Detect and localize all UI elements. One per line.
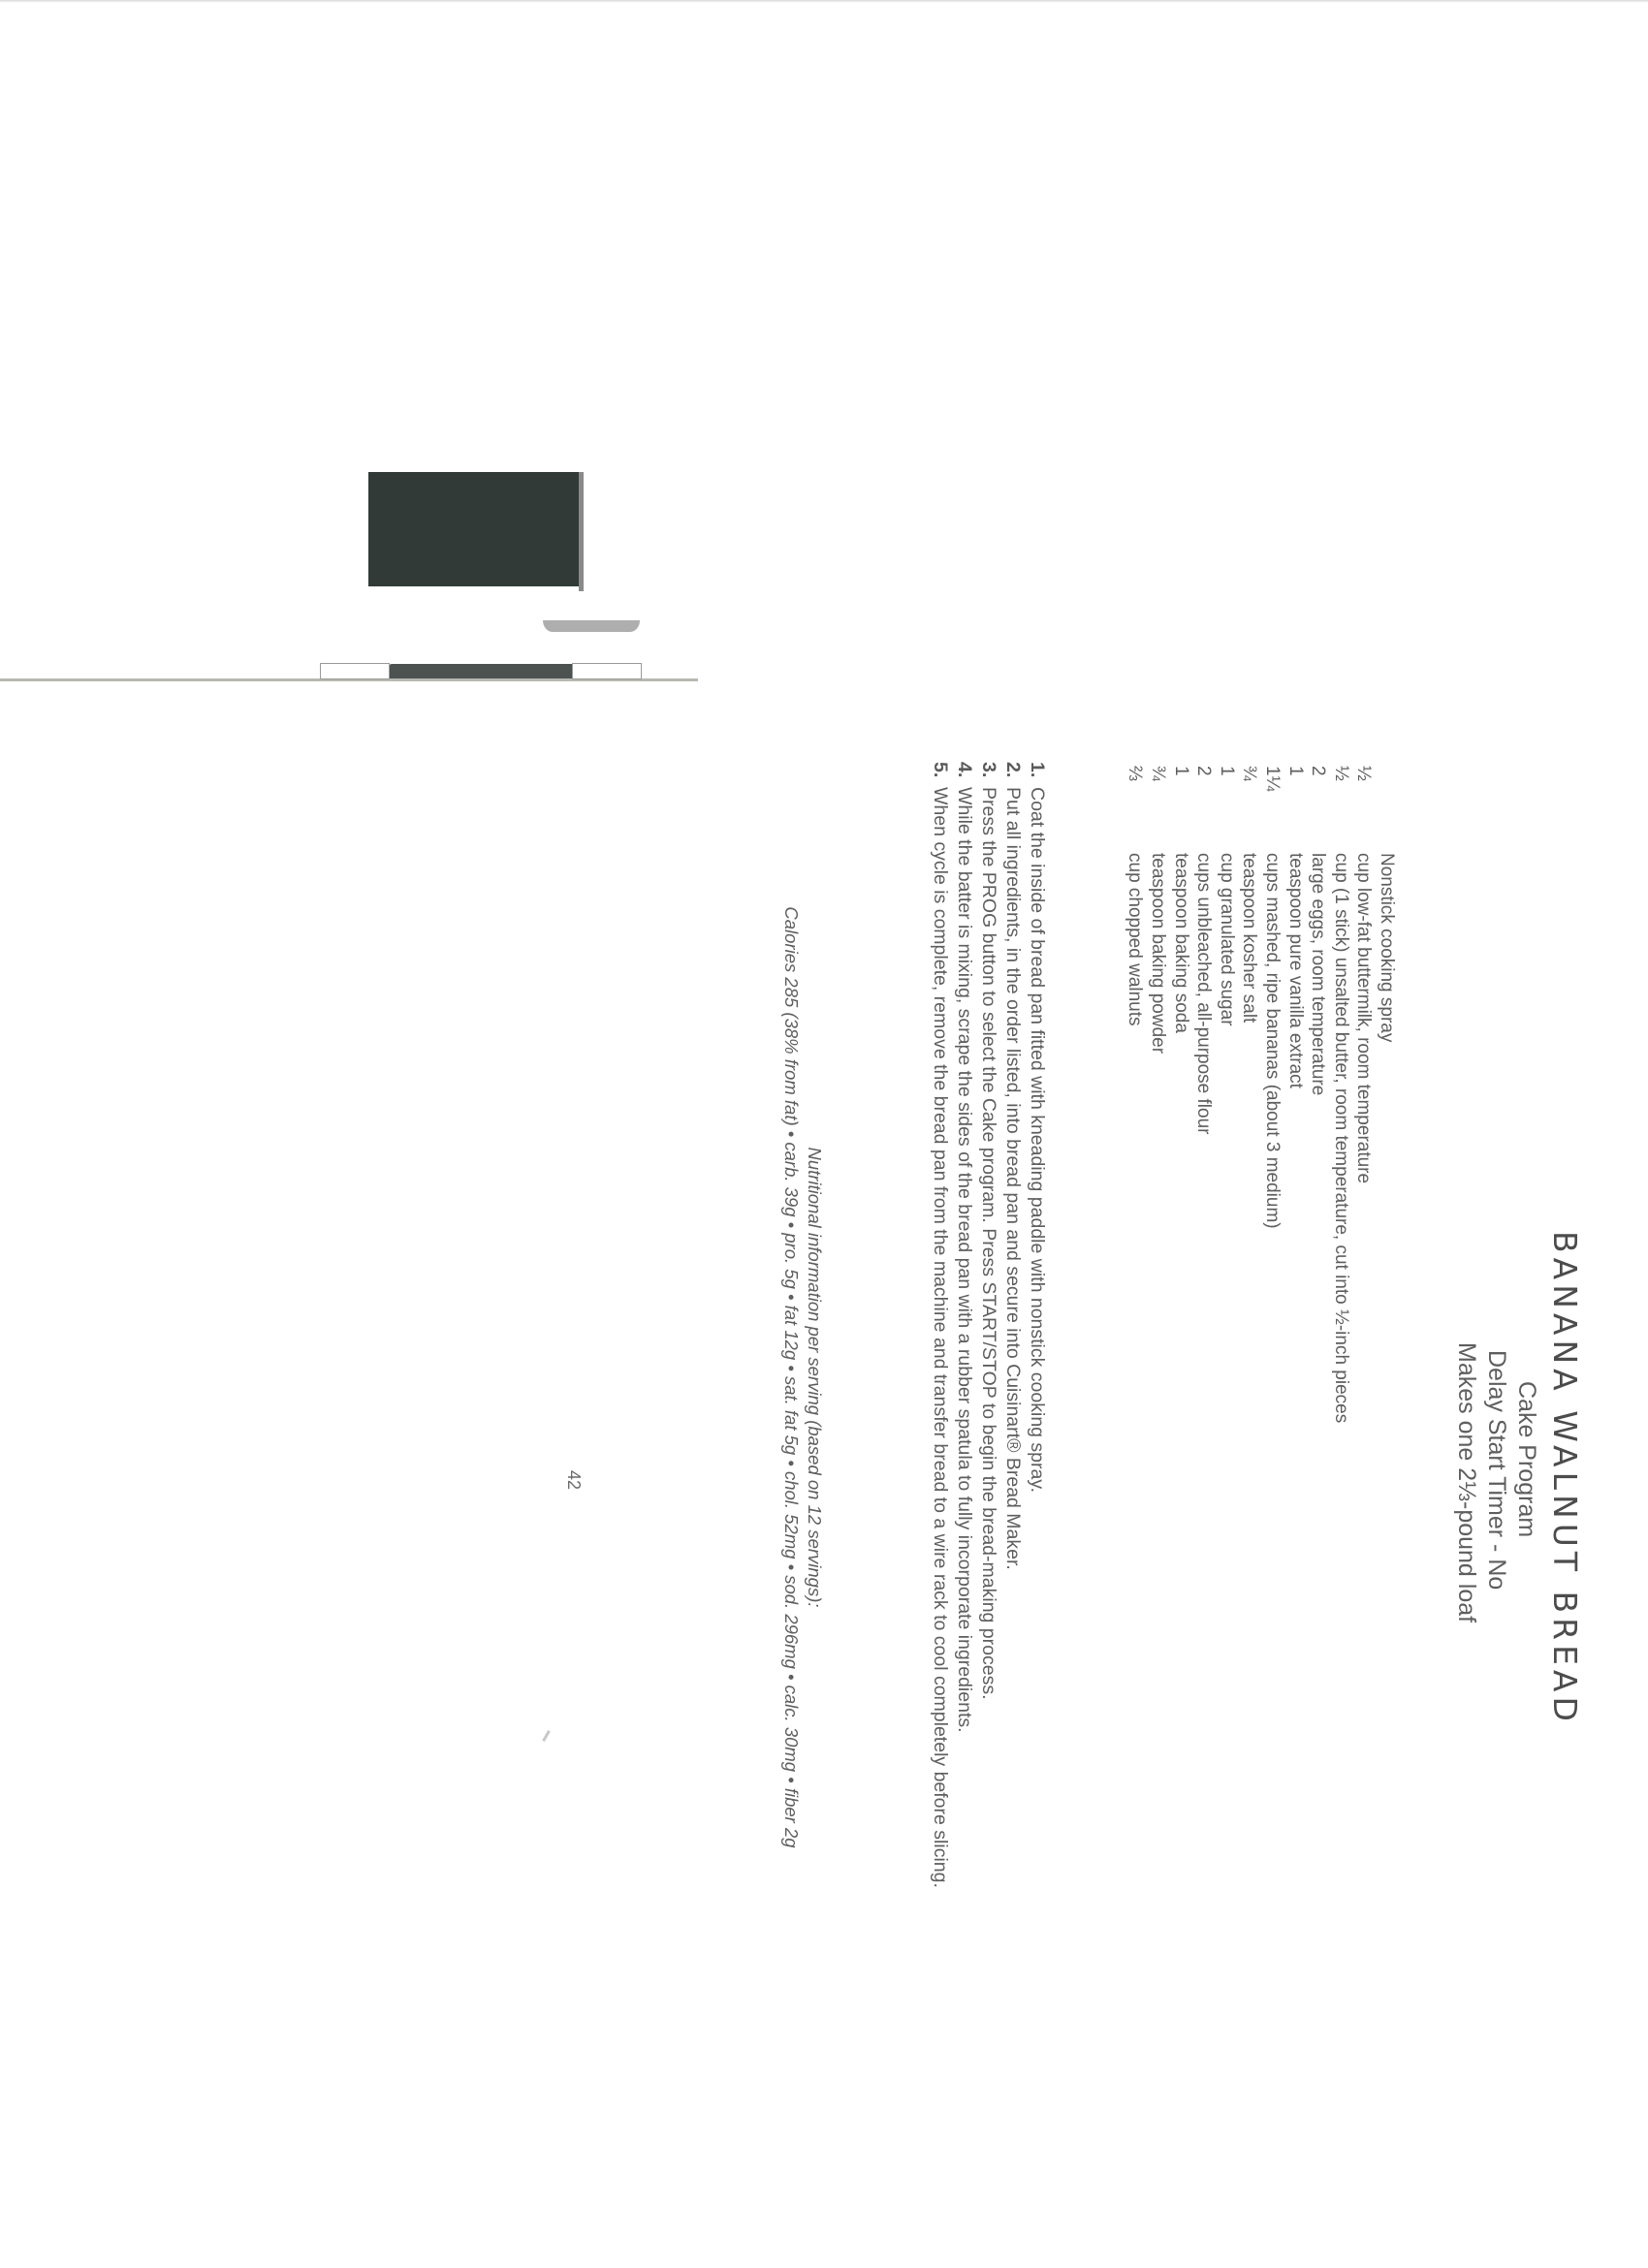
- bread-maker-lid-arc: [543, 620, 640, 632]
- step-text: Press the PROG button to select the Cake…: [976, 787, 1000, 1700]
- ingredient-qty: ½: [1352, 766, 1376, 853]
- ingredient-qty: ¾: [1146, 766, 1169, 853]
- ingredient-item: ⅔ cup chopped walnuts: [1124, 766, 1147, 1423]
- ingredient-text: teaspoon baking powder: [1146, 853, 1169, 1054]
- step-text: Put all ingredients, in the order listed…: [1000, 787, 1025, 1570]
- step-text: Coat the inside of bread pan fitted with…: [1025, 787, 1049, 1493]
- ingredient-text: Nonstick cooking spray: [1375, 853, 1398, 1042]
- ingredient-item: 1 teaspoon pure vanilla extract: [1284, 766, 1307, 1423]
- ingredient-qty: 1: [1169, 766, 1192, 853]
- step-number: 4.: [952, 762, 976, 787]
- bread-maker-base-foot: [572, 663, 642, 679]
- step-number: 5.: [928, 762, 952, 787]
- ingredient-text: teaspoon kosher salt: [1238, 853, 1261, 1023]
- instruction-list: 1. Coat the inside of bread pan fitted w…: [928, 762, 1049, 1888]
- ingredient-text: large eggs, room temperature: [1307, 853, 1330, 1095]
- ingredient-text: teaspoon baking soda: [1169, 853, 1192, 1033]
- page-number: 42: [563, 1470, 584, 1490]
- step-number: 2.: [1000, 762, 1025, 787]
- ingredient-item: 2 cups unbleached, all-purpose flour: [1192, 766, 1216, 1423]
- ingredient-qty: 2: [1307, 766, 1330, 853]
- step-number: 3.: [976, 762, 1000, 787]
- nutrition-info: Nutritional information per serving (bas…: [779, 762, 826, 1993]
- ingredient-qty: ⅔: [1124, 766, 1147, 853]
- yield-line: Makes one 2⅓-pound loaf: [1451, 1342, 1481, 1622]
- ingredient-item: ¾ teaspoon kosher salt: [1238, 766, 1261, 1423]
- ingredient-item: ¾ teaspoon baking powder: [1146, 766, 1169, 1423]
- instruction-step: 1. Coat the inside of bread pan fitted w…: [1025, 762, 1049, 1888]
- instruction-step: 2. Put all ingredients, in the order lis…: [1000, 762, 1025, 1888]
- bread-maker-base-panel: [390, 664, 574, 678]
- ingredient-qty: 2: [1192, 766, 1216, 853]
- ingredient-item: Nonstick cooking spray: [1375, 766, 1398, 1423]
- ingredient-item: 1 teaspoon baking soda: [1169, 766, 1192, 1423]
- ingredient-qty: 1: [1284, 766, 1307, 853]
- ingredient-qty: [1375, 766, 1398, 853]
- recipe-title: BANANA WALNUT BREAD: [1546, 1231, 1584, 1726]
- instruction-step: 4. While the batter is mixing, scrape th…: [952, 762, 976, 1888]
- instruction-step: 3. Press the PROG button to select the C…: [976, 762, 1000, 1888]
- recipe-page: BANANA WALNUT BREAD Cake Program Delay S…: [0, 0, 1648, 2268]
- ingredient-item: 2 large eggs, room temperature: [1307, 766, 1330, 1423]
- recipe-subtitle: Cake Program Delay Start Timer - No Make…: [1451, 1342, 1541, 1622]
- instruction-step: 5. When cycle is complete, remove the br…: [928, 762, 952, 1888]
- ingredient-text: cup (1 stick) unsalted butter, room temp…: [1329, 853, 1352, 1423]
- ingredient-item: 1 cup granulated sugar: [1215, 766, 1238, 1423]
- bread-maker-base-foot: [320, 663, 390, 679]
- program-line: Cake Program: [1511, 1342, 1541, 1622]
- ingredient-qty: ½: [1329, 766, 1352, 853]
- step-text: While the batter is mixing, scrape the s…: [952, 787, 976, 1733]
- step-text: When cycle is complete, remove the bread…: [928, 787, 952, 1888]
- delay-timer-line: Delay Start Timer - No: [1481, 1342, 1511, 1622]
- photo-shelf: [579, 472, 584, 591]
- ingredient-item: 1¼ cups mashed, ripe bananas (about 3 me…: [1260, 766, 1284, 1423]
- ingredient-qty: 1: [1215, 766, 1238, 853]
- nutrition-values: Calories 285 (38% from fat) • carb. 39g …: [779, 762, 803, 1993]
- ingredient-list: Nonstick cooking spray ½ cup low-fat but…: [1124, 766, 1398, 1423]
- ingredient-item: ½ cup low-fat buttermilk, room temperatu…: [1352, 766, 1376, 1423]
- ingredient-text: teaspoon pure vanilla extract: [1284, 853, 1307, 1088]
- ingredient-text: cup granulated sugar: [1215, 853, 1238, 1026]
- nutrition-heading: Nutritional information per serving (bas…: [803, 762, 826, 1993]
- scan-speck: [542, 1730, 551, 1742]
- step-number: 1.: [1025, 762, 1049, 787]
- ingredient-text: cup low-fat buttermilk, room temperature: [1352, 853, 1376, 1183]
- ingredient-text: cups mashed, ripe bananas (about 3 mediu…: [1260, 853, 1284, 1229]
- ingredient-item: ½ cup (1 stick) unsalted butter, room te…: [1329, 766, 1352, 1423]
- ingredient-qty: ¾: [1238, 766, 1261, 853]
- ingredient-qty: 1¼: [1260, 766, 1284, 853]
- bread-maker-photo: [368, 472, 580, 586]
- ingredient-text: cup chopped walnuts: [1124, 853, 1147, 1026]
- ingredient-text: cups unbleached, all-purpose flour: [1192, 853, 1216, 1134]
